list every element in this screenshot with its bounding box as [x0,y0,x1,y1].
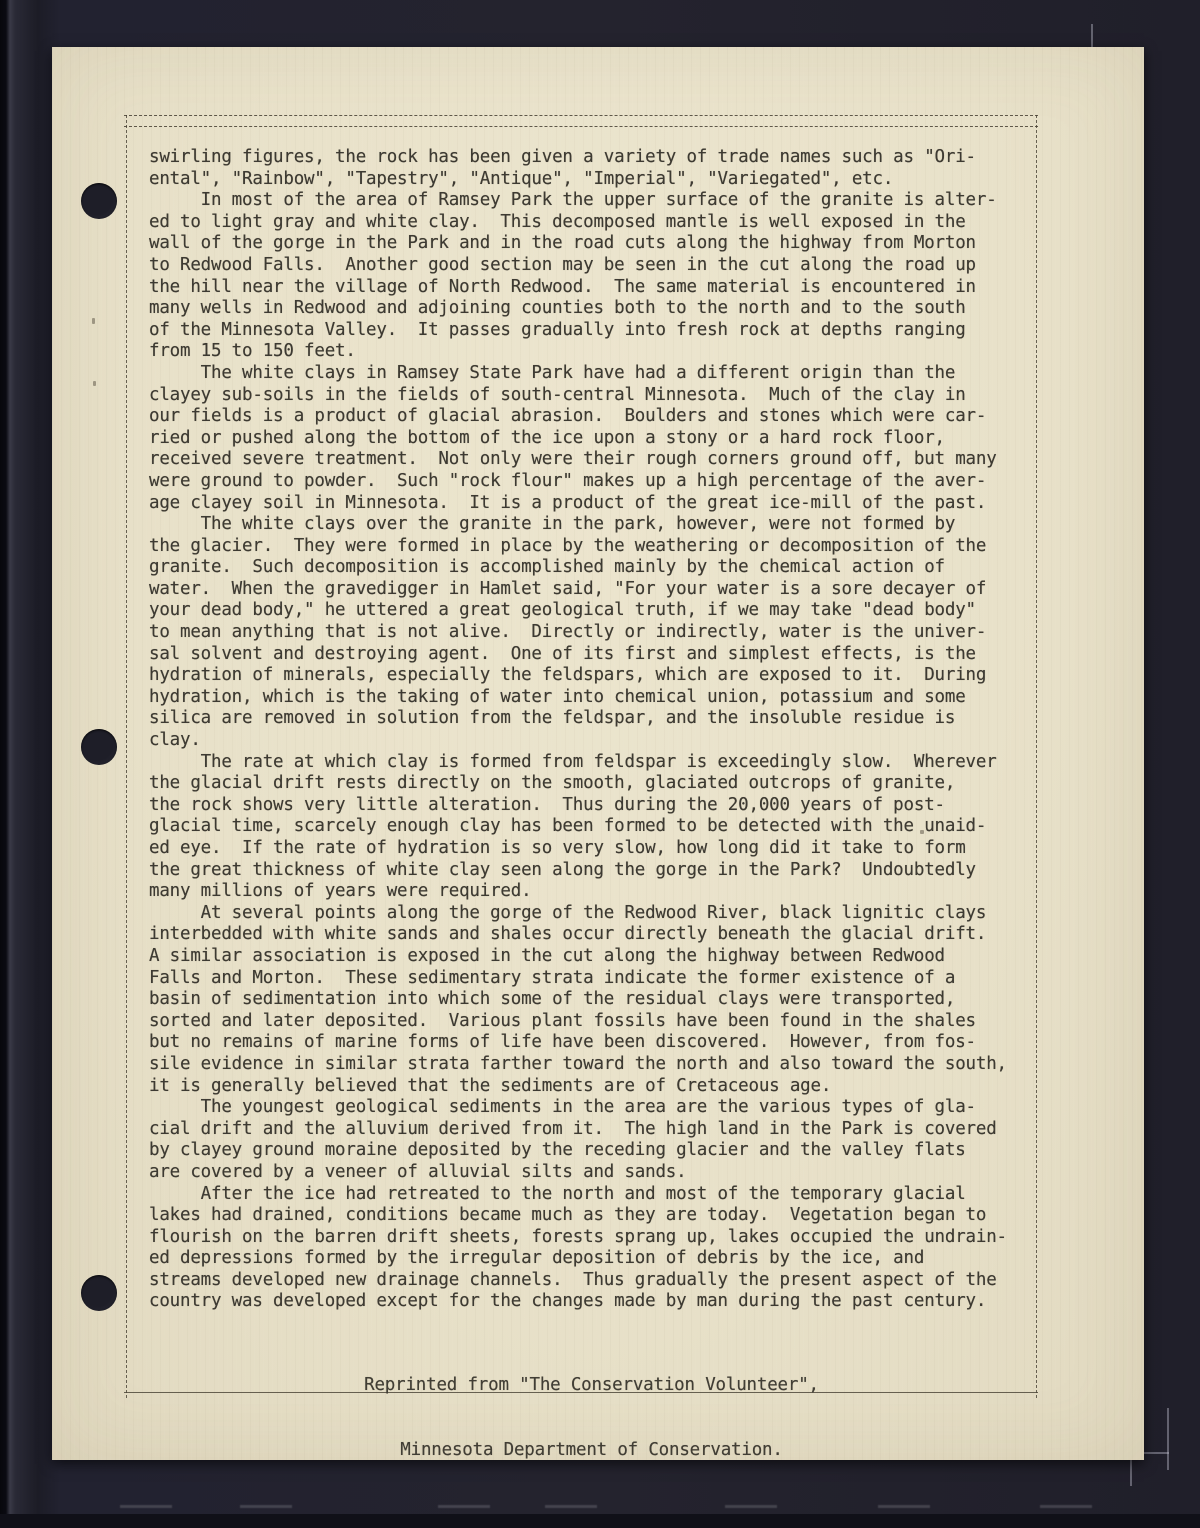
reprint-attribution-line-1: Reprinted from "The Conservation Volunte… [149,1375,1034,1397]
typed-body-text: swirling figures, the rock has been give… [149,147,1049,1313]
ruled-border-top-line-2 [124,126,1038,127]
punch-hole-middle [81,729,117,765]
photo-backdrop-bottom-edge [0,1514,1200,1528]
ink-speck [93,381,96,386]
ink-speck [92,318,95,324]
bleed-through-dash [438,1505,490,1508]
ruled-border-top-line-1 [124,115,1038,116]
bleed-through-dash [725,1505,777,1508]
ink-speck [920,830,924,834]
bleed-through-dash [240,1505,292,1508]
reprint-attribution-line-2: Minnesota Department of Conservation. [149,1440,1034,1462]
punch-hole-bottom [81,1275,117,1311]
bleed-through-dash [878,1505,930,1508]
document-page: swirling figures, the rock has been give… [52,47,1144,1460]
punch-hole-top [81,183,117,219]
bleed-through-dash [1040,1505,1092,1508]
ruled-border-left-line [126,115,127,1398]
bleed-through-dash [545,1505,597,1508]
scratch-mark [1167,1408,1169,1470]
bleed-through-dash [120,1505,172,1508]
reprint-attribution: Reprinted from "The Conservation Volunte… [149,1332,1034,1505]
